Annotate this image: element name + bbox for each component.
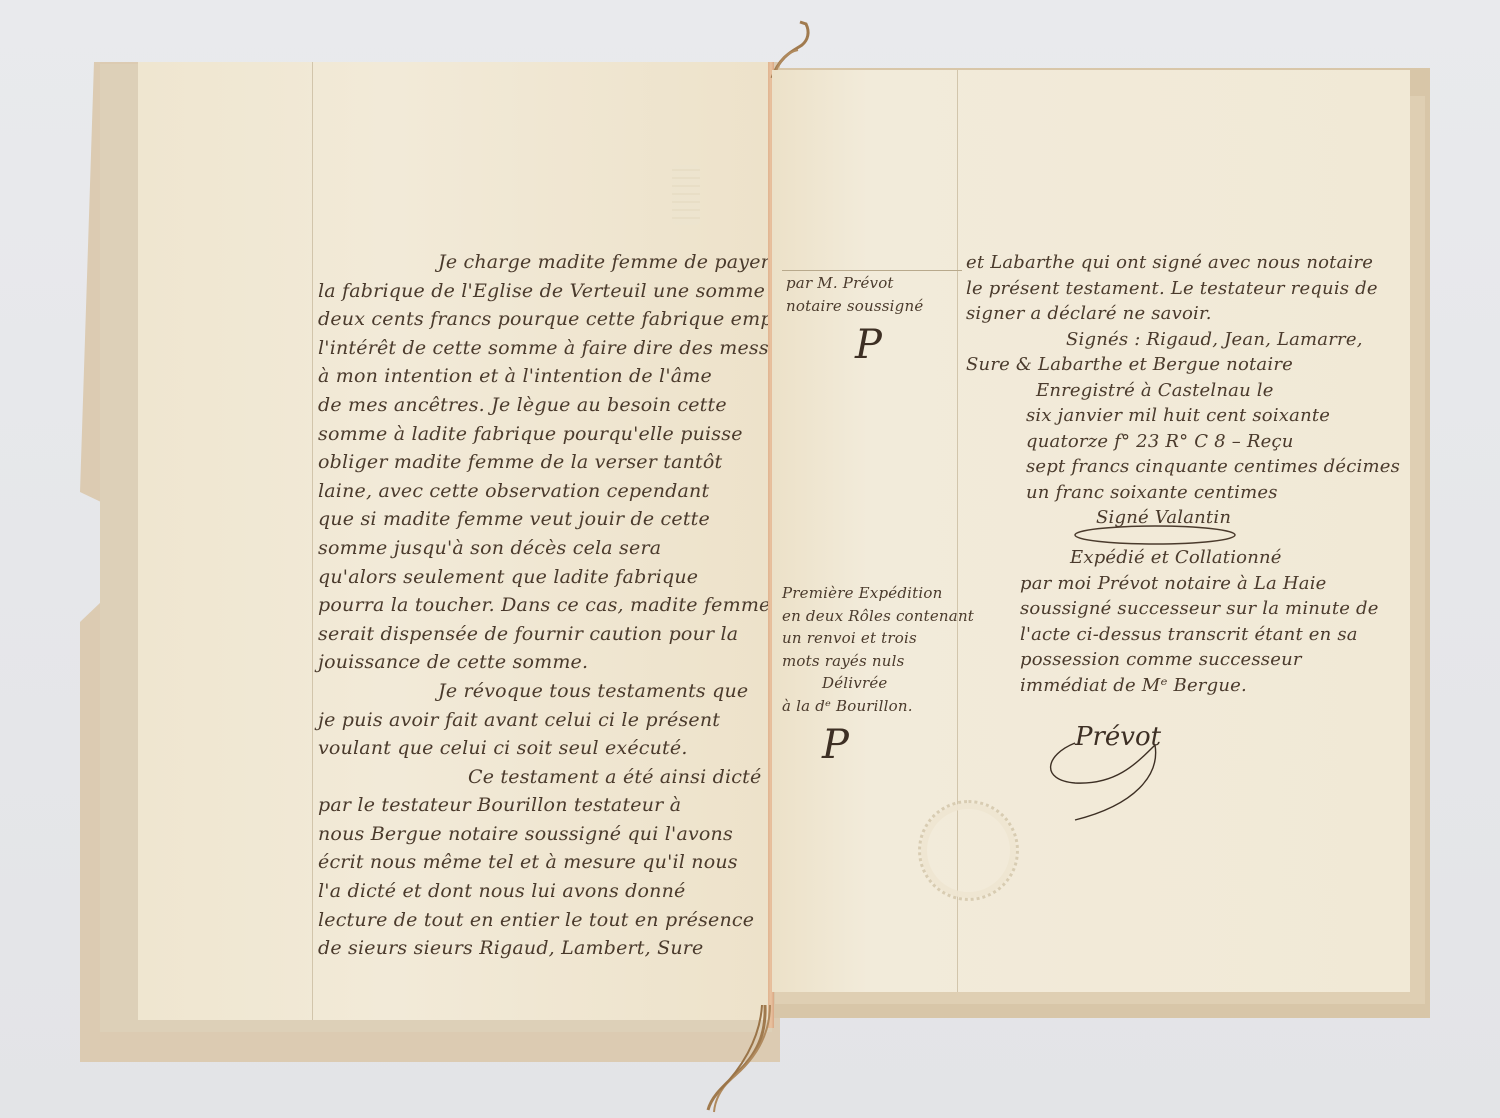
text-line: qu'alors seulement que ladite fabrique [318, 563, 808, 592]
text-line: écrit nous même tel et à mesure qu'il no… [318, 848, 808, 877]
text-line: Délivrée [782, 672, 974, 695]
text-line: à la dᵉ Bourillon. [782, 695, 974, 718]
text-line: l'a dicté et dont nous lui avons donné [318, 877, 808, 906]
binding-thread-bottom [700, 1000, 790, 1118]
text-line: laine, avec cette observation cependant [318, 477, 808, 506]
text-line: notaire soussigné [786, 295, 923, 318]
margin-note-bottom: Première Expédition en deux Rôles conten… [782, 582, 974, 717]
text-line: l'intérêt de cette somme à faire dire de… [318, 334, 808, 363]
margin-note-rule [782, 270, 962, 271]
text-line: de sieurs sieurs Rigaud, Lambert, Sure [318, 934, 808, 963]
text-line: obliger madite femme de la verser tantôt [318, 448, 808, 477]
text-line: possession comme successeur [1020, 647, 1379, 673]
text-line: un franc soixante centimes [966, 480, 1400, 506]
text-line: que si madite femme veut jouir de cette [318, 505, 808, 534]
text-line: à mon intention et à l'intention de l'âm… [318, 362, 808, 391]
text-line: lecture de tout en entier le tout en pré… [318, 906, 808, 935]
text-line: de mes ancêtres. Je lègue au besoin cett… [318, 391, 808, 420]
text-line: l'acte ci-dessus transcrit étant en sa [1020, 622, 1379, 648]
text-line: sept francs cinquante centimes décimes [966, 454, 1400, 480]
text-line: un renvoi et trois [782, 627, 974, 650]
text-line: Je révoque tous testaments que [318, 677, 808, 706]
notary-initial-bottom: P [822, 722, 849, 768]
text-line: voulant que celui ci soit seul exécuté. [318, 734, 808, 763]
text-line: jouissance de cette somme. [318, 648, 808, 677]
text-line: immédiat de Mᵉ Bergue. [1020, 673, 1379, 699]
text-line: nous Bergue notaire soussigné qui l'avon… [318, 820, 808, 849]
text-line: Je charge madite femme de payer [318, 248, 808, 277]
text-line: je puis avoir fait avant celui ci le pré… [318, 706, 808, 735]
embossed-notary-seal [918, 800, 1019, 901]
text-line: quatorze f° 23 R° C 8 – Reçu [966, 429, 1400, 455]
text-line: par le testateur Bourillon testateur à [318, 791, 808, 820]
text-line: Première Expédition [782, 582, 974, 605]
collation-text: Expédié et Collationné par moi Prévot no… [1020, 545, 1379, 698]
text-line: en deux Rôles contenant [782, 605, 974, 628]
text-line: mots rayés nuls [782, 650, 974, 673]
text-line: par moi Prévot notaire à La Haie [1020, 571, 1379, 597]
text-line: la fabrique de l'Eglise de Verteuil une … [318, 277, 808, 306]
text-line: soussigné successeur sur la minute de [1020, 596, 1379, 622]
notary-initial-top: P [855, 322, 882, 368]
text-line: Sure & Labarthe et Bergue notaire [966, 352, 1400, 378]
left-margin-rule [312, 62, 313, 1020]
signature-flourish [1035, 735, 1195, 825]
text-line: pourra la toucher. Dans ce cas, madite f… [318, 591, 808, 620]
left-page-text: Je charge madite femme de payer la fabri… [318, 248, 808, 963]
text-line: six janvier mil huit cent soixante [966, 403, 1400, 429]
text-line: Ce testament a été ainsi dicté [318, 763, 808, 792]
text-line: Expédié et Collationné [1020, 545, 1379, 571]
text-line: signer a déclaré ne savoir. [966, 301, 1400, 327]
binding-thread-top [740, 0, 820, 80]
text-line: somme jusqu'à son décès cela sera [318, 534, 808, 563]
text-line: par M. Prévot [786, 272, 923, 295]
text-line: le présent testament. Le testateur requi… [966, 276, 1400, 302]
right-page-text: et Labarthe qui ont signé avec nous nota… [966, 250, 1400, 531]
margin-note-top: par M. Prévot notaire soussigné [786, 272, 923, 317]
watermark-emboss [672, 165, 700, 225]
text-line: somme à ladite fabrique pourqu'elle puis… [318, 420, 808, 449]
text-line: Enregistré à Castelnau le [966, 378, 1400, 404]
text-line: deux cents francs pourque cette fabrique… [318, 305, 808, 334]
text-line: serait dispensée de fournir caution pour… [318, 620, 808, 649]
text-line: Signés : Rigaud, Jean, Lamarre, [966, 327, 1400, 353]
text-line: et Labarthe qui ont signé avec nous nota… [966, 250, 1400, 276]
